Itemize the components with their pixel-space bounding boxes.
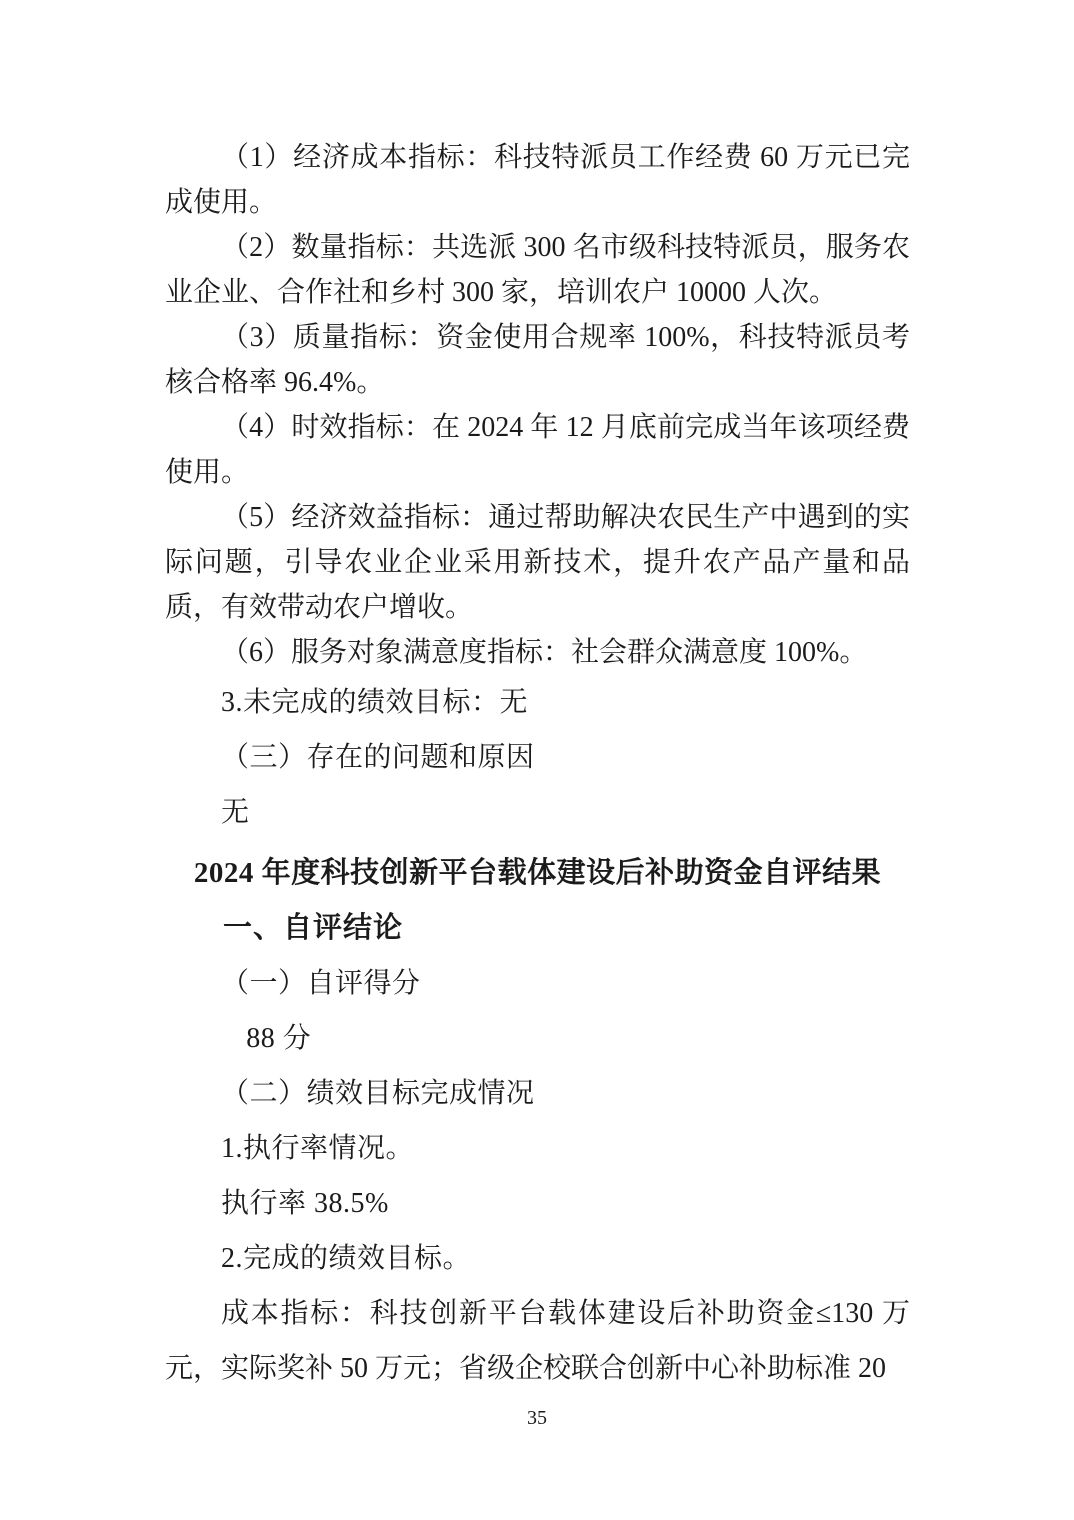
- paragraph-quality-indicator: （3）质量指标：资金使用合规率 100%，科技特派员考核合格率 96.4%。: [165, 315, 910, 405]
- document-page: （1）经济成本指标：科技特派员工作经费 60 万元已完成使用。 （2）数量指标：…: [0, 0, 1074, 1520]
- heading-self-evaluation-score: （一）自评得分: [165, 956, 910, 1011]
- paragraph-execution-rate-value: 执行率 38.5%: [165, 1176, 910, 1231]
- document-body: （1）经济成本指标：科技特派员工作经费 60 万元已完成使用。 （2）数量指标：…: [165, 135, 910, 1396]
- paragraph-execution-rate-label: 1.执行率情况。: [165, 1121, 910, 1176]
- heading-self-evaluation-conclusion: 一、自评结论: [165, 901, 910, 956]
- paragraph-none: 无: [165, 785, 910, 840]
- paragraph-timeliness-indicator: （4）时效指标：在 2024 年 12 月底前完成当年该项经费使用。: [165, 405, 910, 495]
- section-title: 2024 年度科技创新平台载体建设后补助资金自评结果: [165, 846, 910, 901]
- page-number: 35: [0, 1408, 1074, 1428]
- heading-problems-and-causes: （三）存在的问题和原因: [165, 730, 910, 785]
- heading-performance-goal-completion: （二）绩效目标完成情况: [165, 1066, 910, 1121]
- paragraph-satisfaction-indicator: （6）服务对象满意度指标：社会群众满意度 100%。: [165, 630, 910, 675]
- paragraph-quantity-indicator: （2）数量指标：共选派 300 名市级科技特派员，服务农业企业、合作社和乡村 3…: [165, 225, 910, 315]
- paragraph-unfinished-goals: 3.未完成的绩效目标：无: [165, 675, 910, 730]
- paragraph-score-value: 88 分: [165, 1011, 910, 1066]
- paragraph-cost-indicator: 成本指标：科技创新平台载体建设后补助资金≤130 万元，实际奖补 50 万元；省…: [165, 1286, 910, 1396]
- paragraph-economic-cost-indicator: （1）经济成本指标：科技特派员工作经费 60 万元已完成使用。: [165, 135, 910, 225]
- paragraph-economic-benefit-indicator: （5）经济效益指标：通过帮助解决农民生产中遇到的实际问题，引导农业企业采用新技术…: [165, 495, 910, 630]
- paragraph-completed-goals-label: 2.完成的绩效目标。: [165, 1231, 910, 1286]
